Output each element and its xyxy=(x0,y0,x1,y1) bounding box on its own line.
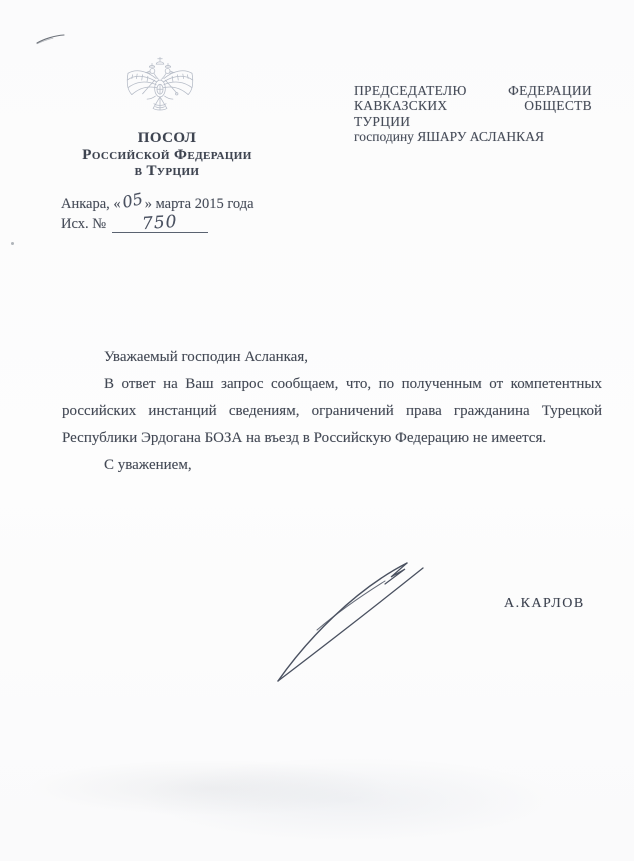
handwritten-signature-icon xyxy=(272,552,434,687)
recipient-line-2: КАВКАЗСКИХ ОБЩЕСТВ xyxy=(354,98,592,113)
paragraph-line-2: российских инстанций сведениям, ограниче… xyxy=(62,398,602,425)
recipient-federation: ФЕДЕРАЦИИ xyxy=(508,83,592,98)
recipient-block: ПРЕДСЕДАТЕЛЮ ФЕДЕРАЦИИ КАВКАЗСКИХ ОБЩЕСТ… xyxy=(354,83,592,144)
recipient-societies: ОБЩЕСТВ xyxy=(524,98,592,113)
scan-speck xyxy=(11,242,14,245)
salutation: Уважаемый господин Асланкая, xyxy=(62,344,602,371)
date-suffix: » марта 2015 года xyxy=(145,196,254,212)
recipient-chairman: ПРЕДСЕДАТЕЛЮ xyxy=(354,83,467,98)
recipient-caucasian: КАВКАЗСКИХ xyxy=(354,98,447,113)
letterhead-line-posol: ПОСОЛ xyxy=(38,130,296,147)
handwritten-date-day: 05 xyxy=(119,189,146,213)
letterhead-title: ПОСОЛ Российской Федерации в Турции xyxy=(38,130,296,180)
letterhead-line-federation: Российской Федерации xyxy=(38,147,296,164)
handwritten-ref-number: 750 xyxy=(142,212,179,234)
date-line: Анкара, «05» марта 2015 года xyxy=(61,193,254,213)
ref-underline: 750 xyxy=(112,212,208,233)
date-prefix: Анкара, « xyxy=(61,196,121,212)
recipient-line-1: ПРЕДСЕДАТЕЛЮ ФЕДЕРАЦИИ xyxy=(354,83,592,98)
letterhead-line-turkey: в Турции xyxy=(38,163,296,180)
paragraph-line-3: Республики Эрдогана БОЗА на въезд в Росс… xyxy=(62,425,602,452)
stray-pen-scratch-icon xyxy=(36,32,66,46)
ref-number-line: Исх. №750 xyxy=(61,212,208,233)
signatory-name: А.КАРЛОВ xyxy=(504,596,585,612)
letter-body: Уважаемый господин Асланкая, В ответ на … xyxy=(62,344,602,479)
ref-label: Исх. № xyxy=(61,216,106,232)
closing: С уважением, xyxy=(62,452,602,479)
recipient-line-3: ТУРЦИИ xyxy=(354,114,592,129)
scanned-letter-page: ПОСОЛ Российской Федерации в Турции Анка… xyxy=(0,0,634,861)
coat-of-arms-eagle-icon xyxy=(121,55,199,125)
recipient-line-4: господину ЯШАРУ АСЛАНКАЯ xyxy=(354,129,592,144)
paragraph-line-1: В ответ на Ваш запрос сообщаем, что, по … xyxy=(62,371,602,398)
